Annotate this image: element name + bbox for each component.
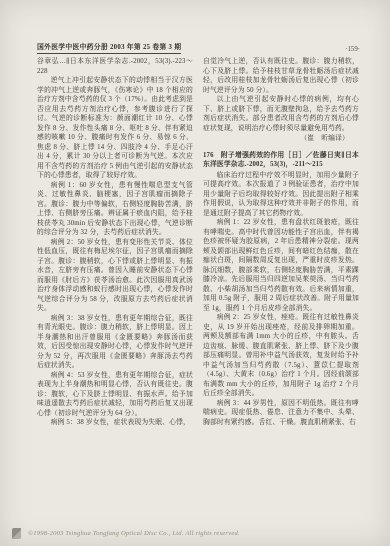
article-citation: 谷章弘…∥日本东洋医学杂志.-2002，53(3).-223～228 (37, 57, 193, 76)
article-176-heading: 176 附子增强药效的作用［日］／佐藤日実∥日本东洋医学杂志.-2002，53(… (203, 151, 359, 170)
article-176-abstract: 临床治疗过程中疗效不明显时，加用少量附子可提高疗效。本次报道了 3 例验证患者，… (203, 171, 359, 219)
translator-credit: （崔 昕编译） (203, 134, 359, 144)
copyright-text: ©1998-2003 Tsinghua Tongfang Optical Dis… (28, 530, 240, 537)
article-176-case-3: 病例 3：44 岁男性，原因不明低热。既往有哮喘病史。现症低热、倦怠、注意力不集… (203, 399, 359, 428)
case-3-paragraph: 病例 3：38 岁女性，患有更年期综合征，既往有青光眼史。腹诊：腹力稍软，脐上悸… (37, 314, 193, 371)
article-176-case-2: 病例 2：25 岁女性，痤疮。既往有过敏性鼻炎史，从 19 岁开始出现痤疮，经前… (203, 313, 359, 399)
conclusion-paragraph: 以上由气逆引起安静时心悸的病例，均有心下、脐上或脐下悸，而无腹壁拘急，给予去芍药… (203, 95, 359, 133)
text-columns: 谷章弘…∥日本东洋医学杂志.-2002，53(3).-223～228 逆气上冲引… (37, 57, 359, 428)
case-1-paragraph: 病例 1：60 岁女性，患有慢性喘息型支气管炎、过敏性鼻炎、脑梗塞，因子宫肌瘤而… (37, 181, 193, 238)
scanned-journal-page: 国外医学中医中药分册 2003 年第 25 卷第 3 期 ·159· 谷章弘…∥… (0, 0, 390, 546)
left-column: 谷章弘…∥日本东洋医学杂志.-2002，53(3).-223～228 逆气上冲引… (37, 57, 193, 428)
tsinghua-tongfang-logo-icon (12, 528, 21, 539)
case-5-continuation: 自觉冷气上逆，否认有既往史。腹诊：腹力稍软，心下及脐上悸。给予桂枝甘草龙骨牡蛎汤… (203, 57, 359, 95)
journal-title-header: 国外医学中医中药分册 2003 年第 25 卷第 3 期 (37, 44, 181, 54)
abstract-paragraph: 逆气上冲引起安静状态下的动悸相当于汉方医学的冲气上逆或奔豚气，《伤寒论》中 18… (37, 76, 193, 181)
case-5-paragraph: 病例 5：38 岁女性，症状表现为失眠、心悸， (37, 418, 193, 428)
page-header: 国外医学中医中药分册 2003 年第 25 卷第 3 期 ·159· (37, 44, 360, 54)
page-number: ·159· (345, 46, 360, 54)
article-176-case-1: 病例 1：22 岁女性，患有盘状红斑狼疮，既往有哮喘史。高中时代曾因功能性子宫出… (203, 218, 359, 313)
case-4-paragraph: 病例 4：53 岁女性，患有更年期综合征，症状表现为上半身潮热和明显心悸，否认有… (37, 371, 193, 419)
right-column: 自觉冷气上逆，否认有既往史。腹诊：腹力稍软，心下及脐上悸。给予桂枝甘草龙骨牡蛎汤… (203, 57, 359, 428)
case-2-paragraph: 病例 2：50 岁女性，患有变形性关节炎、体位性低血压，既往有梅尼埃尔征，因子宫… (37, 238, 193, 314)
page-footer: ©1998-2003 Tsinghua Tongfang Optical Dis… (12, 528, 378, 539)
